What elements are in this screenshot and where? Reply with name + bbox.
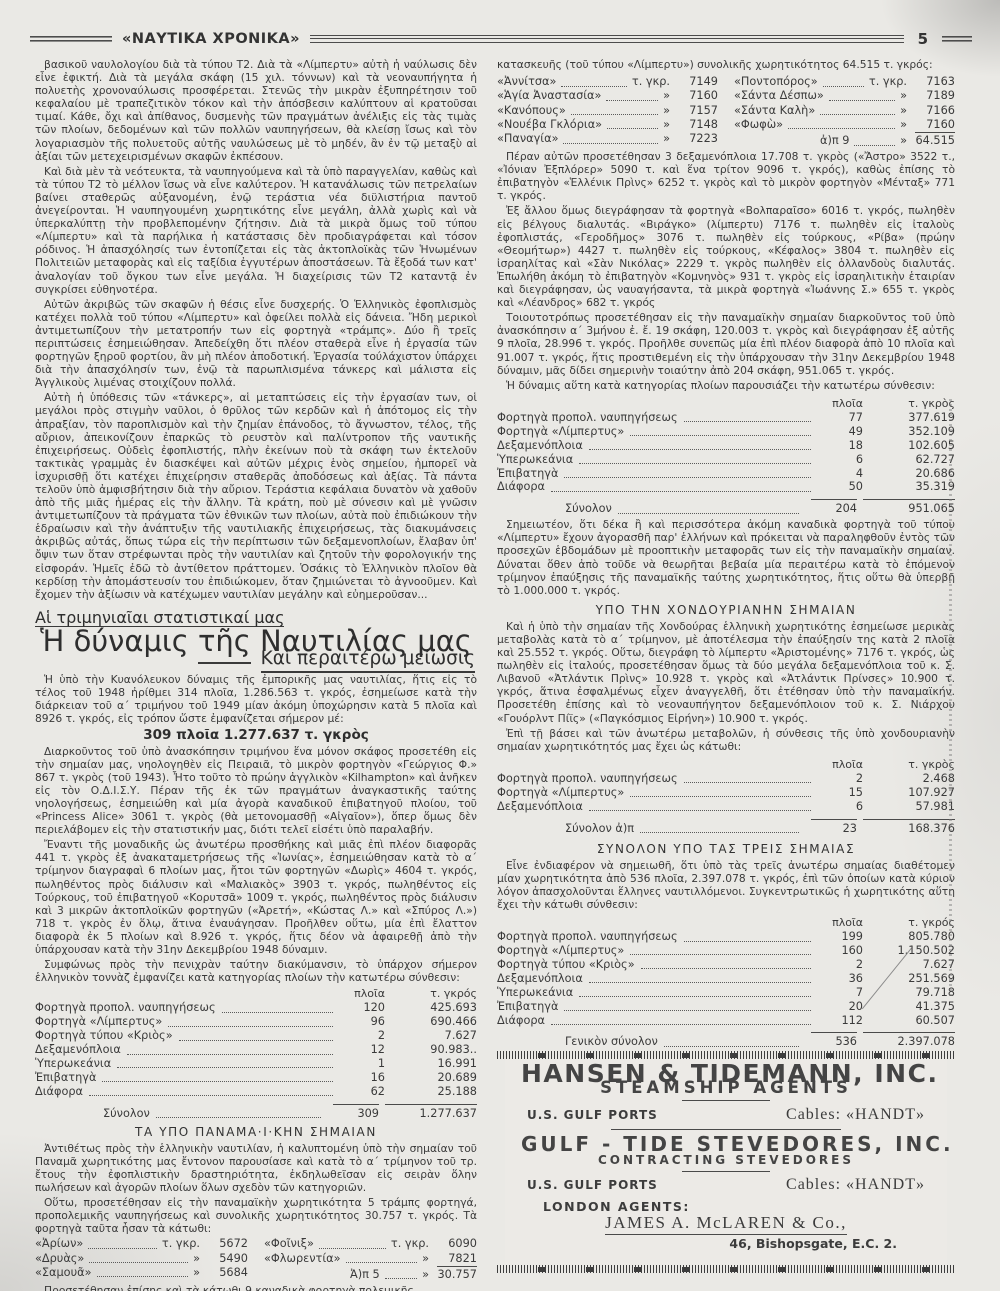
dotted-leader [179,1040,333,1041]
total-label: Ἀ)π 5 [350,1268,380,1282]
ship-tonnage: 5490 [208,1252,248,1266]
ad-contact-row: U.S. GULF PORTS Cables: «HANDT» [521,1108,931,1122]
ship-row: «Κανόπους» » 7157 [497,104,718,118]
panama-flag-table: πλοῖα τ. γκρὸς Φορτηγὰ προπολ. ναυπηγήσε… [497,397,955,516]
panama-section-heading: ΤΑ ΥΠΟ ΠΑΝΑΜΑ·Ι·ΚΗΝ ΣΗΜΑΙΑΝ [35,1126,477,1139]
masthead-middle-rule [310,35,904,43]
row-label: Φορτηγὰ προπολ. ναυπηγήσεως [497,930,678,944]
dotted-leader [127,1054,333,1055]
ship-name: «Σάντα Καλὴ» [734,104,815,118]
editorial-paragraphs: βασικοῦ ναυλολογίου διὰ τὰ τύπου Τ2. Διὰ… [35,58,477,601]
ad-company2-role: CONTRACTING STEVEDORES [521,1154,931,1167]
ship-unit: » [900,118,907,132]
title-underlined: τῆς [198,624,251,664]
row-label: Φορτηγὰ «Λίμπερτυς» [497,786,624,800]
page-header: «ΝΑΥΤΙΚΑ ΧΡΟΝΙΚΑ» 5 [0,0,1000,48]
row-label: Ἐπιβατηγὰ [497,467,558,481]
paragraph: Ἀντιθέτως πρὸς τὴν ἑλληνικὴν ναυτιλίαν, … [35,1142,477,1194]
dotted-leader [385,1278,417,1279]
paragraph: Καὶ ἡ ὑπὸ τὴν σημαίαν τῆς Χονδούρας ἑλλη… [497,620,955,725]
dotted-leader [589,982,811,983]
column-header-tons: τ. γκρός [385,987,477,1000]
tramp-ships-list: «Ἀρίων» τ. γκρ. 5672 «Δρυὰς» » 5490 [35,1237,477,1282]
table-row: Ἐπιβατηγὰ 4 20.686 [497,467,955,481]
table-row: Ὑπερωκεάνια 7 79.718 [497,986,955,1000]
row-tons: 62.727 [863,453,955,467]
dotted-leader [89,1095,333,1096]
closing-line: Προσετέθησαν ἐπίσης καὶ τὰ κάτωθι 9 κανα… [35,1284,477,1291]
row-label: Φορτηγὰ τύπου «Κριὸς» [497,958,635,972]
dotted-leader [684,941,811,942]
row-label: Ἐπιβατηγὰ [35,1071,96,1085]
dotted-leader [630,954,811,955]
row-ships: 4 [817,467,863,481]
ship-unit: » [663,104,670,118]
table-row: Διάφορα 112 60.507 [497,1014,955,1028]
row-tons: 41.375 [863,1000,955,1014]
ship-row: «Δρυὰς» » 5490 [35,1252,248,1266]
row-tons: 90.983.. [385,1043,477,1057]
row-ships: 2 [817,772,863,786]
ship-unit: » [663,89,670,103]
dotted-leader [89,1262,188,1263]
masthead-right-rule [942,36,972,42]
table-header: πλοῖα τ. γκρὸς [497,758,955,771]
ship-unit: » [193,1266,200,1280]
greek-flag-table: πλοῖα τ. γκρός Φορτηγὰ προπολ. ναυπηγήσε… [35,987,477,1120]
table-row: Φορτηγὰ προπολ. ναυπηγήσεως 77 377.619 [497,411,955,425]
row-tons: 107.927 [863,786,955,800]
total-tonnage: 30.757 [437,1266,477,1282]
row-label: Δεξαμενόπλοια [497,972,583,986]
dotted-leader [97,1276,189,1277]
three-flags-paragraph: Εἶνε ἐνδιαφέρον νὰ σημειωθῆ, ὅτι ὑπὸ τὰς… [497,859,955,911]
ship-row: «Ἀννίτσα» τ. γκρ. 7149 [497,75,718,89]
row-ships: 160 [817,944,863,958]
dotted-leader [640,832,799,833]
ad-cables: Cables: «HANDT» [786,1108,925,1121]
ship-unit: » [900,89,907,103]
table-row: Φορτηγὰ «Λίμπερτυς» 160 1.150.502 [497,944,955,958]
ad-border-top [497,1051,955,1059]
dotted-leader [579,996,811,997]
table-header: πλοῖα τ. γκρός [497,916,955,929]
dotted-leader [346,1262,418,1263]
dotted-leader [630,796,811,797]
row-ships: 6 [817,800,863,814]
total-tons: 951.065 [863,499,955,516]
ship-unit: » [663,118,670,132]
row-ships: 18 [817,439,863,453]
ad-divider [682,1100,770,1101]
table-row: Φορτηγὰ «Λίμπερτυς» 15 107.927 [497,786,955,800]
ship-tonnage: 7160 [915,118,955,132]
intro-paragraph-wrap: Ἡ ὑπὸ τὴν Κυανόλευκον δύναμις τῆς ἐμπορι… [35,673,477,725]
row-ships: 96 [339,1015,385,1029]
honduras-section-heading: ΥΠΟ ΤΗΝ ΧΟΝΔΟΥΡΙΑΝΗΝ ΣΗΜΑΙΑΝ [497,604,955,617]
row-tons: 16.991 [385,1057,477,1071]
column-header-ships: πλοῖα [339,987,385,1000]
table-total-row: Γενικὸν σύνολον 536 2.397.078 [497,1032,955,1049]
column-header-tons: τ. γκρὸς [863,397,955,410]
row-tons: 805.780 [863,930,955,944]
row-label: Διάφορα [35,1085,83,1099]
total-label: Σύνολον ἀ)π [565,822,634,836]
dotted-leader [606,100,658,101]
table-row: Ἐπιβατηγὰ 16 20.689 [35,1071,477,1085]
total-label: Γενικὸν σύνολον [565,1035,658,1049]
paragraph: Ἐπὶ τῇ βάσει καὶ τῶν ἀνωτέρω μεταβολῶν, … [497,727,955,753]
ship-tonnage: 5672 [208,1237,248,1251]
ship-row: «Ἀρίων» τ. γκρ. 5672 [35,1237,248,1251]
ship-tonnage: 7163 [915,75,955,89]
table-row: Ὑπερωκεάνια 6 62.727 [497,453,955,467]
dotted-leader [820,114,895,115]
dotted-leader [641,968,811,969]
ship-tonnage: 7160 [678,89,718,103]
ship-name: «Ἁγία Ἀναστασία» [497,89,601,103]
table-row: Φορτηγὰ προπολ. ναυπηγήσεως 199 805.780 [497,930,955,944]
canadian-intro-line: κατασκευῆς (τοῦ τύπου «Λίμπερτυ») συνολι… [497,58,955,71]
ship-row: «Σάντα Καλὴ» » 7166 [734,104,955,118]
ship-row: «Φοῖνιξ» τ. γκρ. 6090 [264,1237,477,1251]
ship-row: «Σάντα Δέσπω» » 7189 [734,89,955,103]
row-tons: 352.109 [863,425,955,439]
ad-ports: U.S. GULF PORTS [527,1109,658,1122]
total-unit: » [422,1268,429,1282]
column-header-ships: πλοῖα [817,397,863,410]
dotted-leader [618,513,799,514]
ship-name: «Ἀννίτσα» [497,75,556,89]
row-label: Φορτηγὰ προπολ. ναυπηγήσεως [35,1001,216,1015]
paragraph: Ἐξ ἄλλου ὅμως διεγράφησαν τὰ φορτηγὰ «Βο… [497,204,955,309]
row-ships: 16 [339,1071,385,1085]
table-row: Ἐπιβατηγὰ 20 41.375 [497,1000,955,1014]
row-tons: 60.507 [863,1014,955,1028]
table-total-row: Σύνολον 309 1.277.637 [35,1104,477,1121]
row-ships: 2 [339,1029,385,1043]
row-ships: 2 [817,958,863,972]
ad-border-bottom [497,1265,955,1273]
ad-content: HANSEN & TIDEMANN, INC. STEAMSHIP AGENTS… [505,1059,947,1265]
dotted-leader [88,1248,157,1249]
row-tons: 7.627 [863,958,955,972]
row-ships: 199 [817,930,863,944]
total-ships: 204 [811,499,857,516]
table-row: Φορτηγὰ προπολ. ναυπηγήσεως 2 2.468 [497,772,955,786]
intro-paragraph: Ἡ ὑπὸ τὴν Κυανόλευκον δύναμις τῆς ἐμπορι… [35,673,477,725]
table-row: Δεξαμενόπλοια 18 102.605 [497,439,955,453]
row-ships: 6 [817,453,863,467]
row-label: Δεξαμενόπλοια [35,1043,121,1057]
dotted-leader [788,128,895,129]
dotted-leader [168,1026,333,1027]
total-tonnage: 64.515 [915,132,955,148]
row-ships: 12 [339,1043,385,1057]
closing-line-wrap: Προσετέθησαν ἐπίσης καὶ τὰ κάτωθι 9 κανα… [35,1284,477,1291]
dotted-leader [561,86,627,87]
scan-edge-artifact [949,396,952,996]
row-tons: 20.689 [385,1071,477,1085]
row-label: Ὑπερωκεάνια [497,986,573,1000]
table-row: Φορτηγὰ προπολ. ναυπηγήσεως 120 425.693 [35,1001,477,1015]
ship-tonnage: 7189 [915,89,955,103]
total-tons: 1.277.637 [385,1104,477,1121]
row-ships: 77 [817,411,863,425]
ad-contact-row: U.S. GULF PORTS Cables: «HANDT» [521,1178,931,1192]
row-tons: 20.686 [863,467,955,481]
paragraph: Αὐτῶν ἀκριβῶς τῶν σκαφῶν ἡ θέσις εἶνε δυ… [35,298,477,390]
total-unit: » [900,134,907,148]
canadian-total-row: ἀ)π 9 » 64.515 [734,132,955,148]
ship-name: «Κανόπους» [497,104,566,118]
row-label: Ἐπιβατηγὰ [497,1000,558,1014]
column-header-tons: τ. γκρὸς [863,758,955,771]
row-tons: 2.468 [863,772,955,786]
table-total-row: Σύνολον 204 951.065 [497,499,955,516]
dotted-leader [579,463,811,464]
row-ships: 1 [339,1057,385,1071]
table-row: Φορτηγὰ τύπου «Κριὸς» 2 7.627 [497,958,955,972]
tramp-total-row: Ἀ)π 5 » 30.757 [264,1266,477,1282]
table-row: Διάφορα 50 35.319 [497,480,955,494]
row-ships: 15 [817,786,863,800]
canadian-ships-list: «Ἀννίτσα» τ. γκρ. 7149 «Ἁγία Ἀναστασία» … [497,75,955,148]
paragraph: Συμφώνως πρὸς τὴν πενιχρὰν ταύτην διακύμ… [35,958,477,984]
magazine-page: «ΝΑΥΤΙΚΑ ΧΡΟΝΙΚΑ» 5 βασικοῦ ναυλολογίου … [0,0,1000,1291]
row-ships: 112 [817,1014,863,1028]
row-tons: 425.693 [385,1001,477,1015]
dotted-leader [607,128,658,129]
ship-tonnage: 7223 [678,132,718,146]
ad-agent-name: JAMES A. McLAREN & Co., [521,1216,931,1229]
total-label: Σύνολον [103,1107,150,1121]
ad-agent-address: 46, Bishopsgate, E.C. 2. [521,1237,897,1250]
row-label: Φορτηγὰ «Λίμπερτυς» [497,425,624,439]
row-tons: 102.605 [863,439,955,453]
panama-changes-paragraphs: Πέραν αὐτῶν προσετέθησαν 3 δεξαμενόπλοια… [497,150,955,394]
ship-tonnage: 7821 [437,1252,477,1266]
row-label: Ὑπερωκεάνια [35,1057,111,1071]
ship-unit: » [900,104,907,118]
ad-ports: U.S. GULF PORTS [527,1179,658,1192]
total-tons: 2.397.078 [863,1032,955,1049]
total-label: ἀ)π 9 [820,134,849,148]
tramp-ships-right: «Φοῖνιξ» τ. γκρ. 6090 «Φλωρεντία» » 7821 [264,1237,477,1282]
dotted-leader [664,1046,799,1047]
dotted-leader [630,435,811,436]
ship-unit: τ. γκρ. [162,1237,200,1251]
dotted-leader [564,1010,811,1011]
row-tons: 57.981 [863,800,955,814]
paragraph: Ἡ δύναμις αὕτη κατὰ κατηγορίας πλοίων πα… [497,379,955,392]
row-tons: 25.188 [385,1085,477,1099]
three-flags-heading: ΣΥΝΟΛΟΝ ΥΠΟ ΤΑΣ ΤΡΕΙΣ ΣΗΜΑΙΑΣ [497,843,955,856]
paragraph: Διαρκοῦντος τοῦ ὑπὸ ἀνασκόπησιν τριμήνου… [35,745,477,837]
title-pre: Ἡ δύναμις [40,624,198,658]
ship-name: «Ποντοπόρος» [734,75,818,89]
row-ships: 7 [817,986,863,1000]
ship-tonnage: 5684 [208,1266,248,1280]
dotted-leader [117,1067,333,1068]
advertisement: HANSEN & TIDEMANN, INC. STEAMSHIP AGENTS… [497,1051,955,1273]
dotted-leader [319,1248,386,1249]
row-label: Ὑπερωκεάνια [497,453,573,467]
column-header-ships: πλοῖα [817,758,863,771]
paragraph: βασικοῦ ναυλολογίου διὰ τὰ τύπου Τ2. Διὰ… [35,58,477,163]
ship-name: «Φλωρεντία» [264,1252,341,1266]
three-flags-table: πλοῖα τ. γκρός Φορτηγὰ προπολ. ναυπηγήσε… [497,916,955,1049]
ship-tonnage: 6090 [437,1237,477,1251]
total-ships: 309 [333,1104,379,1121]
masthead-title: «ΝΑΥΤΙΚΑ ΧΡΟΝΙΚΑ» [122,31,300,47]
ship-name: «Σαμουᾶ» [35,1266,92,1280]
total-ships: 23 [811,819,857,836]
table-total-row: Σύνολον ἀ)π 23 168.376 [497,819,955,836]
panama-paragraphs: Ἀντιθέτως πρὸς τὴν ἑλληνικὴν ναυτιλίαν, … [35,1142,477,1236]
row-tons: 690.466 [385,1015,477,1029]
dotted-leader [589,810,811,811]
dotted-leader [551,1024,811,1025]
row-ships: 120 [339,1001,385,1015]
table-row: Δεξαμενόπλοια 12 90.983.. [35,1043,477,1057]
table-row: Ὑπερωκεάνια 1 16.991 [35,1057,477,1071]
dotted-leader [564,477,811,478]
paragraph: Ἔναντι τῆς μοναδικῆς ὡς ἀνωτέρω προσθήκη… [35,838,477,956]
ship-row: «Φλωρεντία» » 7821 [264,1252,477,1266]
ship-row: «Ἁγία Ἀναστασία» » 7160 [497,89,718,103]
ship-name: «Παναγία» [497,132,558,146]
article-title: Ἡ δύναμις τῆς Ναυτιλίας μας [35,635,477,648]
ship-name: «Φωφὼ» [734,118,783,132]
fleet-total-highlight: 309 πλοῖα 1.277.637 τ. γκρὸς [35,729,477,742]
dotted-leader [563,143,658,144]
honduras-flag-table: πλοῖα τ. γκρὸς Φορτηγὰ προπολ. ναυπηγήσε… [497,758,955,836]
ship-tonnage: 7166 [915,104,955,118]
page-number: 5 [914,30,932,48]
column-header-ships: πλοῖα [817,916,863,929]
row-ships: 49 [817,425,863,439]
total-tons: 168.376 [863,819,955,836]
ship-name: «Νουέβα Γκλόρια» [497,118,602,132]
ship-unit: τ. γκρ. [391,1237,429,1251]
row-tons: 7.627 [385,1029,477,1043]
total-label: Σύνολον [565,502,612,516]
row-tons: 251.569 [863,972,955,986]
dotted-leader [684,782,811,783]
ship-row: «Νουέβα Γκλόρια» » 7148 [497,118,718,132]
ship-row: «Σαμουᾶ» » 5684 [35,1266,248,1280]
row-label: Φορτηγὰ «Λίμπερτυς» [35,1015,162,1029]
row-label: Διάφορα [497,1014,545,1028]
ship-unit: » [193,1252,200,1266]
table-header: πλοῖα τ. γκρὸς [497,397,955,410]
row-label: Διάφορα [497,480,545,494]
column-header-tons: τ. γκρός [863,916,955,929]
left-column: βασικοῦ ναυλολογίου διὰ τὰ τύπου Τ2. Διὰ… [35,58,477,1277]
ship-tonnage: 7157 [678,104,718,118]
row-tons: 79.718 [863,986,955,1000]
ad-company2-name: GULF - TIDE STEVEDORES, INC. [521,1138,931,1151]
right-column: κατασκευῆς (τοῦ τύπου «Λίμπερτυ») συνολι… [497,58,955,1277]
row-label: Φορτηγὰ τύπου «Κριὸς» [35,1029,173,1043]
ship-row: «Παναγία» » 7223 [497,132,718,146]
ship-tonnage: 7149 [678,75,718,89]
ship-tonnage: 7148 [678,118,718,132]
dotted-leader [589,449,811,450]
paragraph: Τοιουτοτρόπως προσετέθησαν εἰς τὴν παναμ… [497,311,955,376]
ad-divider [611,1129,841,1130]
row-label: Φορτηγὰ «Λίμπερτυς» [497,944,624,958]
row-ships: 50 [817,480,863,494]
dotted-leader [551,491,811,492]
paragraph: Οὕτω, προσετέθησαν εἰς τὴν παναμαϊκὴν χω… [35,1196,477,1235]
dotted-leader [156,1117,321,1118]
note-paragraph-wrap: Σημειωτέον, ὅτι δέκα ἢ καὶ περισσότερα ἀ… [497,518,955,599]
row-ships: 20 [817,1000,863,1014]
total-ships: 536 [811,1032,857,1049]
ship-row: «Ποντοπόρος» τ. γκρ. 7163 [734,75,955,89]
table-row: Φορτηγὰ «Λίμπερτυς» 96 690.466 [35,1015,477,1029]
paragraph: Αὐτὴ ἡ ὑπόθεσις τῶν «τάνκερς», αἱ μεταπτ… [35,391,477,601]
table-row: Φορτηγὰ «Λίμπερτυς» 49 352.109 [497,425,955,439]
ship-unit: τ. γκρ. [632,75,670,89]
ship-unit: » [422,1252,429,1266]
row-ships: 62 [339,1085,385,1099]
ad-london-agents-label: LONDON AGENTS: [543,1200,931,1213]
row-ships: 36 [817,972,863,986]
table-row: Διάφορα 62 25.188 [35,1085,477,1099]
ship-row: «Φωφὼ» » 7160 [734,118,955,132]
paragraph: Καὶ διὰ μὲν τὰ νεότευκτα, τὰ ναυπηγούμεν… [35,165,477,296]
ship-name: «Ἀρίων» [35,1237,83,1251]
dotted-leader [571,114,658,115]
ship-name: «Δρυὰς» [35,1252,84,1266]
ad-cables: Cables: «HANDT» [786,1178,925,1191]
row-tons: 377.619 [863,411,955,425]
statistics-paragraphs: Διαρκοῦντος τοῦ ὑπὸ ἀνασκόπησιν τριμήνου… [35,745,477,985]
table-header: πλοῖα τ. γκρός [35,987,477,1000]
dotted-leader [829,100,895,101]
dotted-leader [222,1012,333,1013]
ship-unit: τ. γκρ. [869,75,907,89]
two-column-layout: βασικοῦ ναυλολογίου διὰ τὰ τύπου Τ2. Διὰ… [0,48,1000,1277]
dotted-leader [684,421,811,422]
dotted-leader [823,86,864,87]
ship-unit: » [663,132,670,146]
dotted-leader [102,1081,333,1082]
dotted-leader [854,145,895,146]
canadian-intro-wrap: κατασκευῆς (τοῦ τύπου «Λίμπερτυ») συνολι… [497,58,955,73]
canadian-ships-right: «Ποντοπόρος» τ. γκρ. 7163 «Σάντα Δέσπω» … [734,75,955,148]
ad-divider [682,1171,770,1172]
row-label: Φορτηγὰ προπολ. ναυπηγήσεως [497,411,678,425]
table-row: Δεξαμενόπλοια 6 57.981 [497,800,955,814]
three-flags-paragraph-wrap: Εἶνε ἐνδιαφέρον νὰ σημειωθῆ, ὅτι ὑπὸ τὰς… [497,859,955,913]
row-label: Δεξαμενόπλοια [497,800,583,814]
row-label: Φορτηγὰ προπολ. ναυπηγήσεως [497,772,678,786]
masthead-left-rule [30,36,112,42]
note-paragraph: Σημειωτέον, ὅτι δέκα ἢ καὶ περισσότερα ἀ… [497,518,955,597]
paragraph: Πέραν αὐτῶν προσετέθησαν 3 δεξαμενόπλοια… [497,150,955,202]
row-tons: 35.319 [863,480,955,494]
honduras-paragraphs: Καὶ ἡ ὑπὸ τὴν σημαίαν τῆς Χονδούρας ἑλλη… [497,620,955,755]
ship-name: «Φοῖνιξ» [264,1237,314,1251]
row-label: Δεξαμενόπλοια [497,439,583,453]
table-row: Φορτηγὰ τύπου «Κριὸς» 2 7.627 [35,1029,477,1043]
ship-name: «Σάντα Δέσπω» [734,89,824,103]
